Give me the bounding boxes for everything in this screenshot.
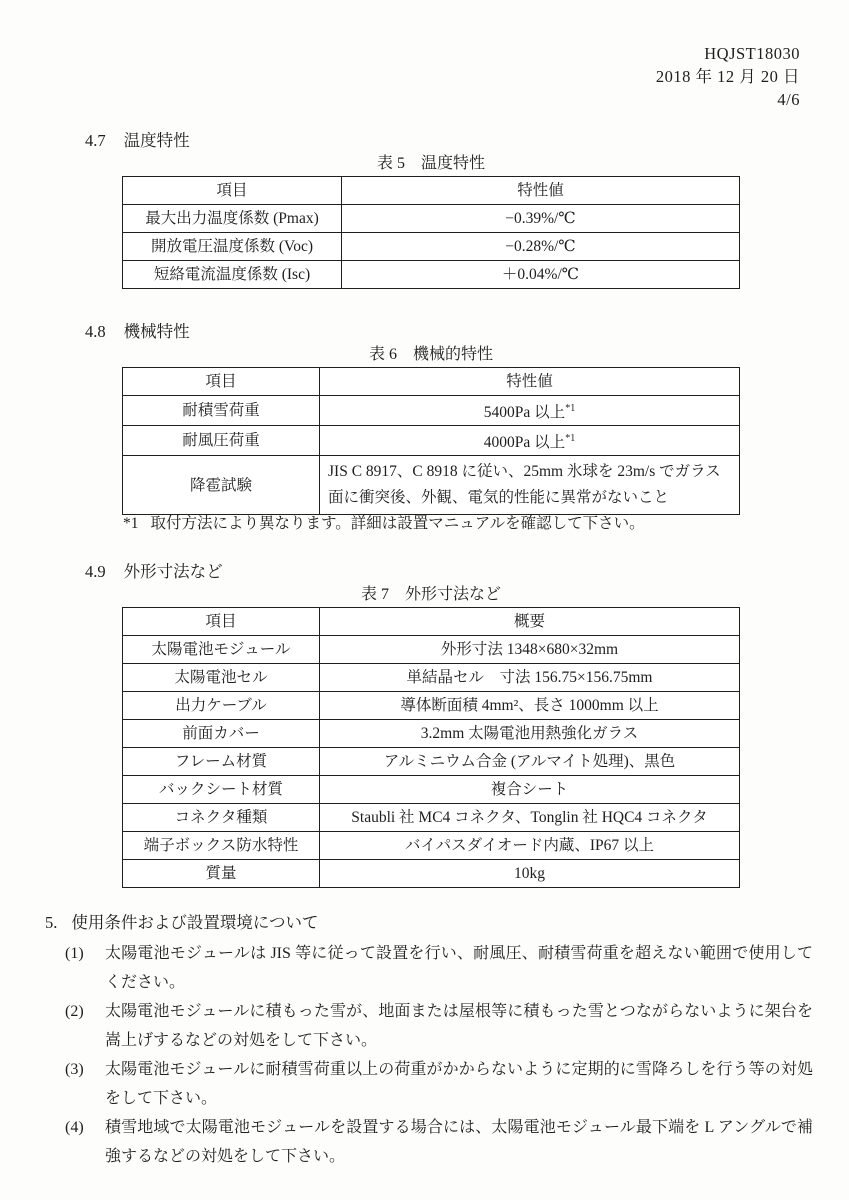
section-heading-4-7: 4.7温度特性 [85,127,190,151]
section-number: 4.7 [85,131,106,150]
row-value: バイパスダイオード内蔵、IP67 以上 [320,832,740,860]
column-header-item: 項目 [123,177,342,205]
column-header-value: 特性値 [320,368,740,396]
row-value: 5400Pa 以上*1 [320,396,740,426]
table-row: 短絡電流温度係数 (Isc) ＋0.04%/℃ [123,261,740,289]
temperature-characteristics-table: 項目 特性値 最大出力温度係数 (Pmax) −0.39%/℃ 開放電圧温度係数… [122,176,740,289]
section-number: 4.9 [85,562,106,581]
footnote-marker: *1 [123,515,139,532]
mechanical-characteristics-table: 項目 特性値 耐積雪荷重 5400Pa 以上*1 耐風圧荷重 4000Pa 以上… [122,367,740,515]
row-value: ＋0.04%/℃ [342,261,740,289]
table-row: 出力ケーブル 導体断面積 4mm²、長さ 1000mm 以上 [123,692,740,720]
row-label: フレーム材質 [123,748,320,776]
list-item-text: 太陽電池モジュールに耐積雪荷重以上の荷重がかからないように定期的に雪降ろしを行う… [105,1055,813,1113]
row-value: Staubli 社 MC4 コネクタ、Tonglin 社 HQC4 コネクタ [320,804,740,832]
section-heading-4-9: 4.9外形寸法など [85,558,223,582]
row-label: 耐風圧荷重 [123,426,320,456]
table-row: 端子ボックス防水特性 バイパスダイオード内蔵、IP67 以上 [123,832,740,860]
list-item-marker: (3) [65,1055,105,1113]
section-title: 機械特性 [124,322,190,341]
table-row: 太陽電池セル 単結晶セル 寸法 156.75×156.75mm [123,664,740,692]
column-header-item: 項目 [123,608,320,636]
list-item: (2) 太陽電池モジュールに積もった雪が、地面または屋根等に積もった雪とつながら… [65,997,813,1055]
row-label: 質量 [123,860,320,888]
table-row: 前面カバー 3.2mm 太陽電池用熱強化ガラス [123,720,740,748]
page-number: 4/6 [656,88,800,111]
document-header: HQJST18030 2018 年 12 月 20 日 4/6 [656,42,800,111]
row-label: 太陽電池セル [123,664,320,692]
row-value: −0.28%/℃ [342,233,740,261]
table6-footnote: *1取付方法により異なります。詳細は設置マニュアルを確認して下さい。 [123,511,645,533]
row-label: バックシート材質 [123,776,320,804]
row-label: 耐積雪荷重 [123,396,320,426]
conditions-list: (1) 太陽電池モジュールは JIS 等に従って設置を行い、耐風圧、耐積雪荷重を… [65,939,813,1171]
list-item: (3) 太陽電池モジュールに耐積雪荷重以上の荷重がかからないように定期的に雪降ろ… [65,1055,813,1113]
row-label: 太陽電池モジュール [123,636,320,664]
list-item-marker: (4) [65,1113,105,1171]
list-item-text: 積雪地域で太陽電池モジュールを設置する場合には、太陽電池モジュール最下端を L … [105,1113,813,1171]
row-label: 出力ケーブル [123,692,320,720]
row-value: 導体断面積 4mm²、長さ 1000mm 以上 [320,692,740,720]
table5-caption: 表 5 温度特性 [122,150,740,173]
table-row: 耐積雪荷重 5400Pa 以上*1 [123,396,740,426]
document-number: HQJST18030 [656,42,800,65]
row-label: コネクタ種類 [123,804,320,832]
column-header-value: 概要 [320,608,740,636]
section-heading-5: 5.使用条件および設置環境について [45,909,319,933]
table-row: 質量 10kg [123,860,740,888]
table-row: 最大出力温度係数 (Pmax) −0.39%/℃ [123,205,740,233]
table-row: 降雹試験 JIS C 8917、C 8918 に従い、25mm 氷球を 23m/… [123,456,740,515]
list-item-marker: (1) [65,939,105,997]
row-value: 10kg [320,860,740,888]
section-heading-4-8: 4.8機械特性 [85,318,190,342]
footnote-reference: *1 [565,433,575,444]
document-date: 2018 年 12 月 20 日 [656,65,800,88]
table-row: 太陽電池モジュール 外形寸法 1348×680×32mm [123,636,740,664]
list-item-text: 太陽電池モジュールに積もった雪が、地面または屋根等に積もった雪とつながらないよう… [105,997,813,1055]
table-row: バックシート材質 複合シート [123,776,740,804]
column-header-value: 特性値 [342,177,740,205]
row-value: JIS C 8917、C 8918 に従い、25mm 氷球を 23m/s でガラ… [320,456,740,515]
row-value: 4000Pa 以上*1 [320,426,740,456]
table-header-row: 項目 概要 [123,608,740,636]
row-label: 短絡電流温度係数 (Isc) [123,261,342,289]
row-label: 前面カバー [123,720,320,748]
table-row: フレーム材質 アルミニウム合金 (アルマイト処理)、黒色 [123,748,740,776]
section-number: 5. [45,913,57,932]
table-row: 開放電圧温度係数 (Voc) −0.28%/℃ [123,233,740,261]
row-label: 開放電圧温度係数 (Voc) [123,233,342,261]
row-value: アルミニウム合金 (アルマイト処理)、黒色 [320,748,740,776]
footnote-reference: *1 [565,403,575,414]
document-page: HQJST18030 2018 年 12 月 20 日 4/6 4.7温度特性 … [0,0,849,1200]
dimensions-table: 項目 概要 太陽電池モジュール 外形寸法 1348×680×32mm 太陽電池セ… [122,607,740,888]
row-value: 外形寸法 1348×680×32mm [320,636,740,664]
row-value: 単結晶セル 寸法 156.75×156.75mm [320,664,740,692]
row-value: 3.2mm 太陽電池用熱強化ガラス [320,720,740,748]
row-label: 降雹試験 [123,456,320,515]
row-label: 端子ボックス防水特性 [123,832,320,860]
table-row: 耐風圧荷重 4000Pa 以上*1 [123,426,740,456]
table-header-row: 項目 特性値 [123,368,740,396]
footnote-text: 取付方法により異なります。詳細は設置マニュアルを確認して下さい。 [151,515,645,532]
row-value: −0.39%/℃ [342,205,740,233]
table-header-row: 項目 特性値 [123,177,740,205]
list-item: (4) 積雪地域で太陽電池モジュールを設置する場合には、太陽電池モジュール最下端… [65,1113,813,1171]
list-item-text: 太陽電池モジュールは JIS 等に従って設置を行い、耐風圧、耐積雪荷重を超えない… [105,939,813,997]
row-value: 複合シート [320,776,740,804]
list-item-marker: (2) [65,997,105,1055]
table6-caption: 表 6 機械的特性 [122,341,740,364]
section-title: 外形寸法など [124,562,223,581]
section-title: 温度特性 [124,131,190,150]
table-row: コネクタ種類 Staubli 社 MC4 コネクタ、Tonglin 社 HQC4… [123,804,740,832]
table7-caption: 表 7 外形寸法など [122,581,740,604]
row-label: 最大出力温度係数 (Pmax) [123,205,342,233]
section-number: 4.8 [85,322,106,341]
section-title: 使用条件および設置環境について [71,913,318,932]
column-header-item: 項目 [123,368,320,396]
list-item: (1) 太陽電池モジュールは JIS 等に従って設置を行い、耐風圧、耐積雪荷重を… [65,939,813,997]
